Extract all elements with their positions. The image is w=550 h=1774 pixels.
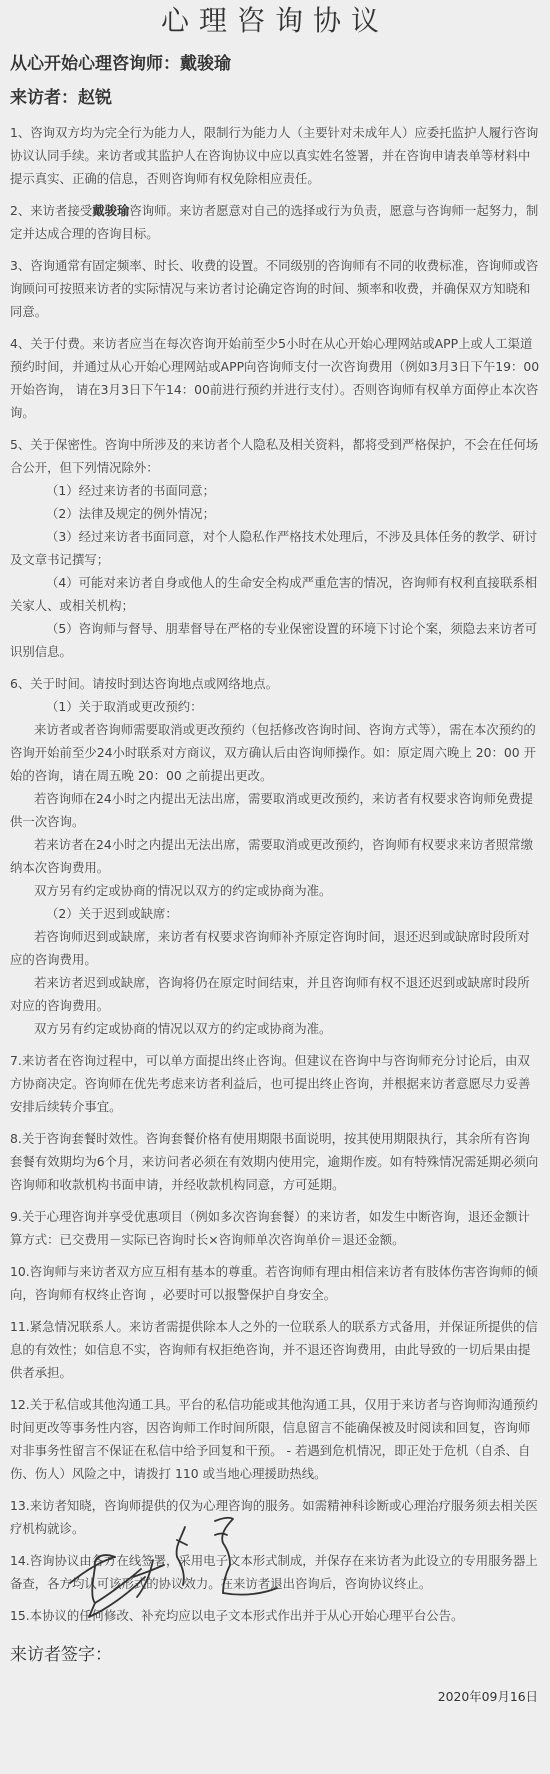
page-title: 心理咨询协议	[10, 0, 540, 44]
clause-6-sub2-para: 双方另有约定或协商的情况以双方的约定或协商为准。	[10, 1017, 540, 1040]
clause-2-prefix: 2、来访者接受	[10, 203, 92, 218]
clause-5-intro: 5、关于保密性。咨询中所涉及的来访者个人隐私及相关资料，都将受到严格保护，不会在…	[10, 433, 540, 479]
clause-12: 12.关于私信或其他沟通工具。平台的私信功能或其他沟通工具，仅用于来访者与咨询师…	[10, 1393, 540, 1485]
clause-5-item: （1）经过来访者的书面同意；	[10, 479, 540, 502]
agreement-body: 1、咨询双方均为完全行为能力人，限制行为能力人（主要针对未成年人）应委托监护人履…	[10, 121, 540, 1627]
clause-3: 3、咨询通常有固定频率、时长、收费的设置。不同级别的咨询师有不同的收费标准，咨询…	[10, 254, 540, 323]
signature-label: 来访者签字：	[10, 1643, 540, 1667]
clause-11: 11.紧急情况联系人。来访者需提供除本人之外的一位联系人的联系方式备用，并保证所…	[10, 1315, 540, 1384]
clause-5-item: （3）经过来访者书面同意，对个人隐私作严格技术处理后，不涉及具体任务的教学、研讨…	[10, 525, 540, 571]
agreement-page: 心理咨询协议 从心开始心理咨询师：戴骏瑜 来访者：赵锐 1、咨询双方均为完全行为…	[0, 0, 550, 1774]
clause-5: 5、关于保密性。咨询中所涉及的来访者个人隐私及相关资料，都将受到严格保护，不会在…	[10, 433, 540, 663]
clause-6-sub1-para: 双方另有约定或协商的情况以双方的约定或协商为准。	[10, 879, 540, 902]
visitor-heading: 来访者：赵锐	[10, 86, 540, 110]
counselor-heading: 从心开始心理咨询师：戴骏瑜	[10, 52, 540, 76]
clause-8: 8.关于咨询套餐时效性。咨询套餐价格有使用期限书面说明，按其使用期限执行，其余所…	[10, 1127, 540, 1196]
clause-2: 2、来访者接受戴骏瑜咨询师。来访者愿意对自己的选择或行为负责，愿意与咨询师一起努…	[10, 199, 540, 245]
clause-10: 10.咨询师与来访者双方应互相有基本的尊重。若咨询师有理由相信来访者有肢体伤害咨…	[10, 1260, 540, 1306]
clause-5-item: （2）法律及规定的例外情况；	[10, 502, 540, 525]
clause-6: 6、关于时间。请按时到达咨询地点或网络地点。 （1）关于取消或更改预约： 来访者…	[10, 672, 540, 1040]
clause-6-sub2-para: 若咨询师迟到或缺席，来访者有权要求咨询师补齐原定咨询时间，退还迟到或缺席时段所对…	[10, 925, 540, 971]
clause-6-intro: 6、关于时间。请按时到达咨询地点或网络地点。	[10, 672, 540, 695]
clause-4: 4、关于付费。来访者应当在每次咨询开始前至少5小时在从心开始心理网站或APP上或…	[10, 332, 540, 424]
handwritten-signature-image	[65, 1505, 295, 1625]
clause-6-sub1-title: （1）关于取消或更改预约：	[10, 695, 540, 718]
clause-6-sub1-para: 若咨询师在24小时之内提出无法出席，需要取消或更改预约，来访者有权要求咨询师免费…	[10, 787, 540, 833]
clause-5-item: （4）可能对来访者自身或他人的生命安全构成严重危害的情况，咨询师有权利直接联系相…	[10, 571, 540, 617]
clause-5-item: （5）咨询师与督导、朋辈督导在严格的专业保密设置的环境下讨论个案，须隐去来访者可…	[10, 617, 540, 663]
clause-6-sub2-para: 若来访者迟到或缺席，咨询将仍在原定时间结束，并且咨询师有权不退还迟到或缺席时段所…	[10, 971, 540, 1017]
clause-7: 7.来访者在咨询过程中，可以单方面提出终止咨询。但建议在咨询中与咨询师充分讨论后…	[10, 1049, 540, 1118]
clause-6-sub2-title: （2）关于迟到或缺席：	[10, 902, 540, 925]
counselor-name: 戴骏瑜	[92, 203, 129, 218]
clause-9: 9.关于心理咨询并享受优惠项目（例如多次咨询套餐）的来访者，如发生中断咨询，退还…	[10, 1205, 540, 1251]
clause-1: 1、咨询双方均为完全行为能力人，限制行为能力人（主要针对未成年人）应委托监护人履…	[10, 121, 540, 190]
clause-6-sub1-para: 来访者或者咨询师需要取消或更改预约（包括修改咨询时间、咨询方式等），需在本次预约…	[10, 718, 540, 787]
signature-date: 2020年09月16日	[438, 1687, 538, 1705]
clause-6-sub1-para: 若来访者在24小时之内提出无法出席，需要取消或更改预约，咨询师有权要求来访者照常…	[10, 833, 540, 879]
